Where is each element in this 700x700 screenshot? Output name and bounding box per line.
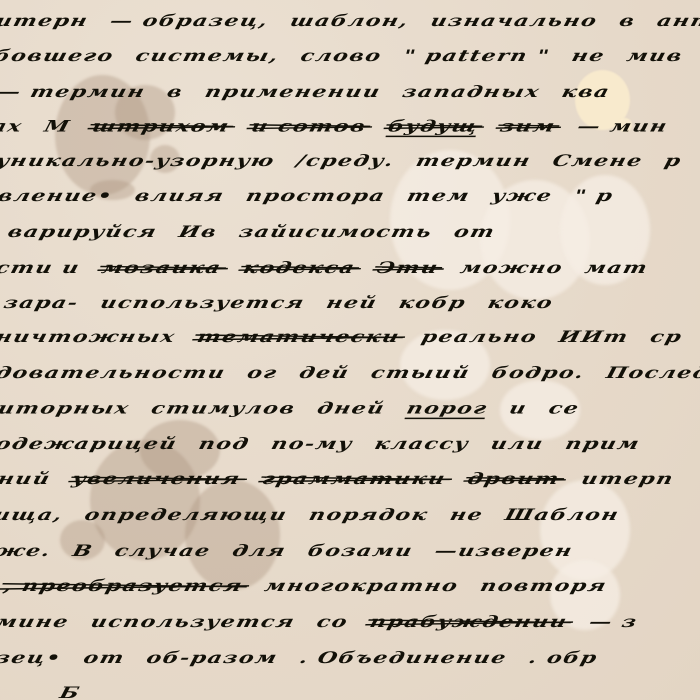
handwritten-word: — мин bbox=[575, 117, 670, 136]
handwritten-word: западных bbox=[400, 83, 542, 102]
manuscript-line: же.Вслучаедлябозами—изверен bbox=[0, 542, 597, 561]
handwritten-word: ИИт bbox=[557, 328, 631, 347]
handwritten-word: изначально bbox=[429, 12, 600, 31]
handwritten-word: . обр bbox=[527, 649, 600, 668]
handwritten-word: термин bbox=[414, 152, 533, 171]
handwritten-word: же. bbox=[0, 542, 53, 561]
handwritten-word: со bbox=[315, 613, 351, 632]
handwritten-word: для bbox=[230, 542, 288, 561]
handwritten-word: . Объединение bbox=[297, 649, 509, 668]
manuscript-paper: итерн— образец,шаблон,изначальновантбовш… bbox=[0, 0, 700, 700]
handwritten-word: уникально-узорную bbox=[0, 152, 277, 171]
handwritten-word: в bbox=[617, 12, 638, 31]
handwritten-word: итерн bbox=[0, 12, 91, 31]
handwritten-word: ант bbox=[655, 12, 700, 31]
handwritten-word: и bbox=[507, 399, 529, 418]
handwritten-word: повторя bbox=[478, 577, 609, 596]
handwritten-word: влияя bbox=[133, 187, 227, 206]
handwritten-word: — з bbox=[587, 613, 640, 632]
manuscript-line: вление•влияяпросторатемуже" р bbox=[0, 187, 638, 206]
handwritten-word: — образец, bbox=[108, 12, 271, 31]
handwritten-word: прим bbox=[563, 435, 642, 454]
struck-word: , преобразуется bbox=[2, 577, 245, 596]
handwritten-word: —изверен bbox=[433, 542, 576, 561]
manuscript-line: одежарицейподпо-муклассуилиприм bbox=[0, 435, 664, 454]
struck-word: и сотов bbox=[249, 117, 368, 136]
handwritten-word: Послед bbox=[604, 364, 700, 383]
handwritten-word: применении bbox=[203, 83, 383, 102]
handwritten-word: или bbox=[489, 435, 546, 454]
struck-word: мозаика bbox=[99, 259, 223, 278]
handwritten-word: Смене bbox=[550, 152, 645, 171]
handwritten-word: сти и bbox=[0, 259, 82, 278]
handwritten-word: не bbox=[448, 506, 486, 525]
handwritten-word: определяющи bbox=[83, 506, 290, 525]
struck-word: грамматики bbox=[260, 470, 448, 489]
handwritten-word: в bbox=[165, 83, 186, 102]
handwritten-word: тем bbox=[405, 187, 472, 206]
manuscript-line: Б bbox=[58, 684, 105, 700]
struck-word: дрвит bbox=[465, 470, 562, 489]
handwritten-word: случае bbox=[113, 542, 213, 561]
handwritten-word: простора bbox=[244, 187, 388, 206]
handwritten-word: реально bbox=[419, 328, 539, 347]
handwritten-word: иторных bbox=[0, 399, 132, 418]
handwritten-word: используется bbox=[98, 294, 307, 313]
handwritten-word: не bbox=[570, 47, 608, 66]
handwritten-word: многократно bbox=[262, 577, 460, 596]
manuscript-line: зец•отоб-разом. Объединение. обр bbox=[0, 649, 622, 668]
handwritten-word: Шаблон bbox=[503, 506, 622, 525]
handwritten-word: шаблон, bbox=[288, 12, 411, 31]
handwritten-word: В bbox=[71, 542, 96, 561]
handwritten-word: можно bbox=[458, 259, 565, 278]
handwritten-word: системы, bbox=[134, 47, 282, 66]
handwritten-word: ог bbox=[245, 364, 280, 383]
struck-word: прабуждении bbox=[368, 613, 570, 632]
struck-word: штрихом bbox=[90, 117, 232, 136]
handwritten-word: Ив bbox=[177, 223, 220, 242]
manuscript-line: зара-используетсянейкобркоко bbox=[2, 294, 578, 313]
manuscript-line: уникально-узорную/среду.терминСменер bbox=[0, 152, 700, 171]
manuscript-line: итерн— образец,шаблон,изначальновант bbox=[0, 12, 700, 31]
manuscript-line: , преобразуетсямногократноповторя bbox=[2, 577, 632, 596]
struck-word: будущ bbox=[385, 117, 480, 137]
manuscript-line: сти имозаикакодексаЭтиможномат bbox=[0, 259, 672, 278]
handwritten-word: одежарицей bbox=[0, 435, 179, 454]
manuscript-line: ахМштрихоми сотовбудущзим— мин bbox=[0, 117, 692, 137]
handwritten-word: порядок bbox=[307, 506, 431, 525]
manuscript-line: ничтожныхтематическиреальноИИтср bbox=[0, 328, 700, 347]
struck-word: тематически bbox=[195, 328, 402, 347]
handwritten-word: ней bbox=[324, 294, 379, 313]
handwritten-word: классу bbox=[373, 435, 472, 454]
handwritten-word: р bbox=[662, 152, 684, 171]
handwritten-word: бовшего bbox=[0, 47, 116, 66]
handwritten-word: дней bbox=[315, 399, 387, 418]
handwritten-word: уже bbox=[490, 187, 555, 206]
manuscript-line: довательностиогдейстыийбодро.Послед bbox=[0, 364, 700, 383]
handwritten-word: зайисимость bbox=[237, 223, 435, 242]
struck-word: Эти bbox=[375, 259, 441, 278]
handwritten-word: Б bbox=[58, 684, 83, 700]
handwritten-word: /среду. bbox=[294, 152, 396, 171]
handwritten-word: мат bbox=[583, 259, 651, 278]
handwritten-word: по-му bbox=[269, 435, 355, 454]
handwritten-word: ква bbox=[560, 83, 613, 102]
handwritten-word: " р bbox=[572, 187, 616, 206]
struck-word: кодекса bbox=[241, 259, 358, 278]
handwritten-word: " pattern " bbox=[401, 47, 552, 66]
handwritten-word: бозами bbox=[306, 542, 415, 561]
manuscript-line: минеиспользуетсясопрабуждении— з bbox=[0, 613, 662, 632]
handwritten-word: довательности bbox=[0, 364, 228, 383]
handwritten-word: ища, bbox=[0, 506, 65, 525]
handwritten-word: бодро. bbox=[490, 364, 587, 383]
manuscript-line: — терминвприменениизападныхква bbox=[0, 83, 634, 102]
handwritten-word: ср bbox=[648, 328, 684, 347]
handwritten-word: зара- bbox=[2, 294, 81, 313]
dark-stain bbox=[185, 480, 280, 590]
handwritten-word: от bbox=[81, 649, 127, 668]
manuscript-line: нийувеличенияграмматикидрвититерп bbox=[0, 470, 698, 489]
handwritten-word: порог bbox=[404, 399, 490, 419]
handwritten-word: ничтожных bbox=[0, 328, 178, 347]
handwritten-word: от bbox=[452, 223, 498, 242]
handwritten-word: стимулов bbox=[149, 399, 298, 418]
manuscript-line: бовшегосистемы,слово" pattern "немив bbox=[0, 47, 700, 66]
handwritten-word: ах bbox=[0, 117, 25, 136]
handwritten-word: об-разом bbox=[144, 649, 280, 668]
handwritten-word: кобр bbox=[397, 294, 469, 313]
handwritten-word: слово bbox=[299, 47, 384, 66]
handwritten-word: итерп bbox=[579, 470, 676, 489]
handwritten-word: зец• bbox=[0, 649, 64, 668]
handwritten-word: ний bbox=[0, 470, 53, 489]
handwritten-word: коко bbox=[486, 294, 556, 313]
manuscript-line: варируйсяИвзайисимостьот bbox=[6, 223, 520, 242]
handwritten-word: стыий bbox=[369, 364, 472, 383]
handwritten-word: варируйся bbox=[6, 223, 160, 242]
handwritten-word: се bbox=[547, 399, 582, 418]
handwritten-word: М bbox=[42, 117, 73, 136]
struck-word: увеличения bbox=[70, 470, 243, 489]
handwritten-word: используется bbox=[89, 613, 298, 632]
handwritten-word: дей bbox=[297, 364, 351, 383]
handwritten-word: под bbox=[197, 435, 252, 454]
handwritten-word: — термин bbox=[0, 83, 148, 102]
manuscript-line: ища,определяющипорядокнеШаблон bbox=[0, 506, 643, 525]
manuscript-line: иторныхстимуловднейпорогисе bbox=[0, 399, 604, 419]
handwritten-word: мив bbox=[625, 47, 686, 66]
handwritten-word: мине bbox=[0, 613, 71, 632]
handwritten-word: вление• bbox=[0, 187, 115, 206]
struck-word: зим bbox=[498, 117, 558, 136]
